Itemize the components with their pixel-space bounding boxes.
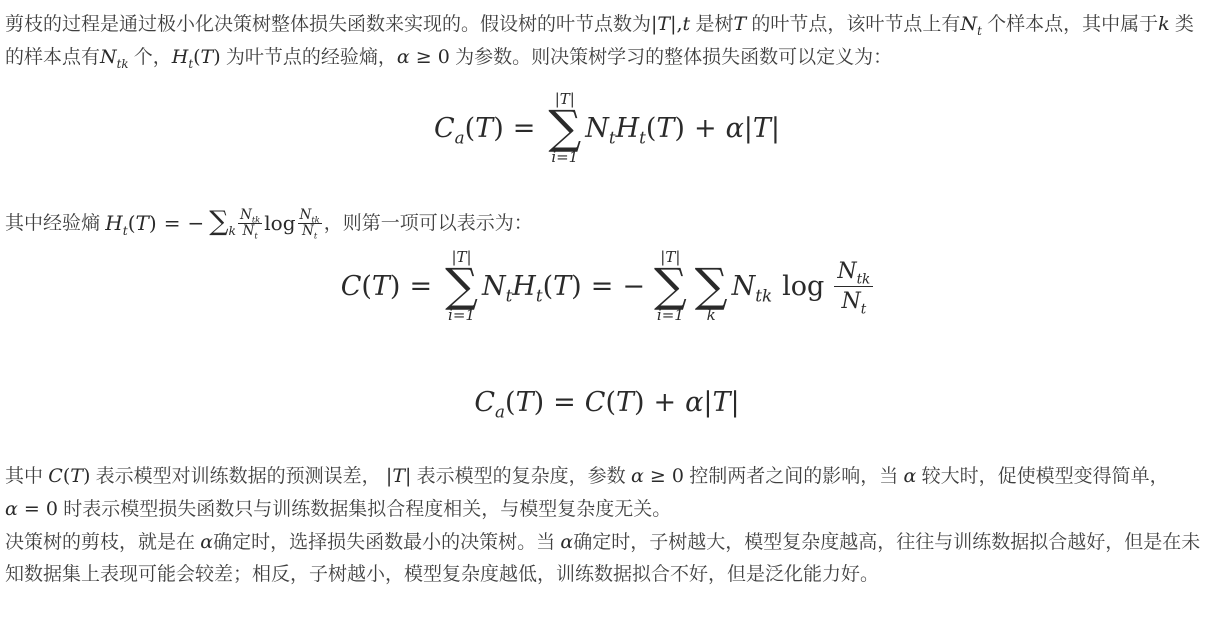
text-run: 决策树的剪枝，就是在: [5, 532, 200, 553]
math-subscript: t: [314, 231, 317, 241]
math-N-sub-t: Nt: [960, 8, 981, 41]
math-symbol: α: [631, 465, 644, 487]
math-alpha-eq-0: α = 0: [5, 493, 58, 525]
math-C-of-T: C(T): [341, 271, 401, 302]
math-subscript: t: [639, 127, 646, 147]
fraction-numerator: Ntk: [238, 208, 262, 225]
math-symbol: N: [100, 46, 117, 68]
math-symbol: H: [172, 46, 189, 68]
math-N-sub-tk: Ntk: [100, 41, 128, 74]
math-symbol: N: [841, 289, 860, 314]
math-symbol: T: [616, 387, 634, 418]
math-symbol: H: [105, 211, 122, 235]
paragraph-entropy: 其中经验熵 Ht(T)=−∑kNtkNtlogNtkNt，则第一项可以表示为：: [5, 207, 1209, 240]
summation-lower-limit: i=1: [448, 308, 475, 323]
summation-over-k: ∑k: [209, 207, 236, 240]
math-subscript: tk: [857, 271, 871, 287]
text-run: 较大时，促使模型变得简单，: [916, 466, 1168, 487]
summation-over-k: |T|∑k: [695, 250, 728, 323]
math-symbol: α: [397, 46, 410, 68]
math-symbol: N: [240, 207, 252, 223]
summation-symbol: ∑: [209, 206, 228, 237]
text-run: 剪枝的过程是通过极小化决策树整体损失函数来实现的。假设树的叶节点数为: [5, 14, 651, 35]
math-symbol: (: [128, 211, 136, 235]
math-subscript: t: [254, 231, 257, 241]
fraction-denominator: Nt: [841, 287, 866, 316]
fraction: NtkNt: [834, 258, 873, 316]
math-subscript: tk: [117, 57, 129, 71]
summation-symbol: ∑: [695, 267, 728, 305]
math-abs-T: |T|: [386, 465, 411, 487]
summation-lower-limit: k: [229, 223, 237, 238]
text-run: 其中经验熵: [5, 213, 105, 234]
log-operator: log: [782, 271, 824, 302]
math-var-alpha: α: [560, 531, 573, 553]
math-var-T: T: [733, 13, 746, 35]
math-symbol: T: [201, 46, 214, 68]
math-symbol: T: [516, 387, 534, 418]
math-symbol: T: [475, 113, 493, 144]
equals-sign: =: [513, 113, 536, 144]
minus-sign: −: [622, 271, 645, 302]
equals-sign: =: [553, 387, 576, 418]
text-run: ，则第一项可以表示为：: [324, 213, 533, 234]
fraction: NtkNt: [238, 208, 262, 240]
math-symbol: α: [5, 498, 18, 520]
math-symbol: ): [571, 271, 582, 302]
math-subscript: t: [861, 301, 866, 317]
math-H-t-of-T: Ht(T): [105, 207, 156, 240]
math-subscript: t: [609, 127, 616, 147]
math-symbol: N: [960, 13, 977, 35]
text-run: 确定时，选择损失函数最小的决策树。当: [213, 532, 560, 553]
math-Nt-Ht-of-T: NtHt(T): [585, 113, 685, 144]
text-run: 控制两者之间的影响，当: [684, 466, 904, 487]
math-symbol: (: [646, 113, 657, 144]
math-symbol: N: [585, 113, 609, 144]
math-symbol: ): [634, 387, 645, 418]
fraction-numerator: Ntk: [298, 208, 322, 225]
math-C-of-T: C(T): [585, 387, 645, 418]
math-symbol: H: [512, 271, 536, 302]
equals-sign: =: [409, 271, 432, 302]
math-alpha-geq-0: α ≥ 0: [397, 41, 450, 74]
math-C-of-T: C(T): [48, 460, 90, 492]
summation: |T|∑i=1: [445, 250, 478, 323]
paragraph-explanation: 其中 C(T) 表示模型对训练数据的预测误差， |T| 表示模型的复杂度，参数 …: [5, 460, 1209, 526]
formula-overall-loss: Ca(T) = |T|∑i=1 NtHt(T) + α|T|: [5, 92, 1209, 165]
math-symbol: N: [482, 271, 506, 302]
text-run: 为叶节点的经验熵，: [221, 47, 397, 68]
math-symbol: N: [732, 271, 756, 302]
plus-sign: +: [654, 387, 677, 418]
equals-sign: =: [591, 271, 614, 302]
math-alpha-abs-T: α|T|: [726, 113, 780, 144]
log-operator: log: [264, 207, 295, 240]
math-var-k: k: [1158, 13, 1170, 35]
text-run: 个样本点，其中属于: [982, 14, 1158, 35]
math-symbol: C: [474, 387, 495, 418]
math-symbol: |T|: [651, 13, 676, 35]
fraction: NtkNt: [298, 208, 322, 240]
math-symbol: = 0: [24, 498, 58, 520]
math-symbol: ): [674, 113, 685, 144]
math-Nt-Ht-of-T: NtHt(T): [482, 271, 582, 302]
equals-sign: =: [164, 207, 181, 240]
math-subscript: t: [536, 285, 543, 305]
math-N-sub-tk: Ntk: [732, 271, 773, 302]
math-symbol: (: [193, 46, 200, 68]
math-symbol: ≥ 0: [650, 465, 684, 487]
math-alpha-abs-T: α|T|: [685, 387, 739, 418]
math-symbol: ): [493, 113, 504, 144]
math-symbol: N: [302, 223, 314, 239]
minus-sign: −: [187, 207, 204, 240]
math-symbol: C: [341, 271, 362, 302]
math-symbol: H: [616, 113, 640, 144]
math-symbol: ≥ 0: [416, 46, 450, 68]
math-alpha-geq-0: α ≥ 0: [631, 460, 684, 492]
math-symbol: C: [434, 113, 455, 144]
math-abs-T-comma-t: |T|,t: [651, 8, 690, 41]
summation-symbol: ∑: [445, 267, 478, 305]
text-run: 时表示模型损失函数只与训练数据集拟合程度相关，与模型复杂度无关。: [58, 499, 671, 520]
text-run: 是树: [690, 14, 733, 35]
summation-lower-limit: k: [707, 308, 716, 323]
math-symbol: (: [543, 271, 554, 302]
fraction-numerator: Ntk: [834, 258, 873, 288]
plus-sign: +: [694, 113, 717, 144]
math-symbol: T: [553, 271, 571, 302]
formula-simplified-loss: Ca(T) = C(T) + α|T|: [5, 387, 1209, 418]
math-var-alpha: α: [200, 531, 213, 553]
summation-lower-limit: i=1: [657, 308, 684, 323]
formula-first-term-expansion: C(T) = |T|∑i=1 NtHt(T) = − |T|∑i=1 |T|∑k…: [5, 250, 1209, 323]
math-symbol: C: [48, 465, 63, 487]
math-symbol: (: [605, 387, 616, 418]
text-run: 表示模型对训练数据的预测误差，: [90, 466, 386, 487]
summation-lower-limit: i=1: [551, 150, 578, 165]
paragraph-pruning: 决策树的剪枝，就是在 α确定时，选择损失函数最小的决策树。当 α确定时，子树越大…: [5, 526, 1209, 591]
math-symbol: (: [361, 271, 372, 302]
summation-symbol: ∑: [548, 109, 581, 147]
text-run: 为参数。则决策树学习的整体损失函数可以定义为：: [450, 47, 892, 68]
math-subscript: a: [495, 401, 505, 421]
summation-symbol: ∑: [654, 267, 687, 305]
inline-formula-empirical-entropy: Ht(T)=−∑kNtkNtlogNtkNt: [105, 207, 323, 240]
math-C-a-of-T: Ca(T): [434, 113, 504, 144]
paragraph-definitions: 剪枝的过程是通过极小化决策树整体损失函数来实现的。假设树的叶节点数为|T|,t …: [5, 8, 1209, 74]
math-symbol: T: [656, 113, 674, 144]
math-symbol: ): [390, 271, 401, 302]
math-symbol: T: [372, 271, 390, 302]
math-symbol: ): [149, 211, 157, 235]
text-run: 表示模型的复杂度，参数: [411, 466, 631, 487]
text-run: 的叶节点，该叶节点上有: [746, 14, 960, 35]
math-symbol: ): [213, 46, 220, 68]
math-symbol: N: [300, 207, 312, 223]
math-symbol: N: [837, 259, 856, 284]
fraction-denominator: Nt: [243, 224, 258, 240]
math-subscript: tk: [755, 285, 772, 305]
math-var-alpha: α: [903, 465, 916, 487]
text-run: 其中: [5, 466, 48, 487]
math-symbol: (: [465, 113, 476, 144]
summation: |T|∑i=1: [548, 92, 581, 165]
summation: |T|∑i=1: [654, 250, 687, 323]
math-symbol: (: [505, 387, 516, 418]
math-symbol: T: [70, 465, 83, 487]
math-symbol: ): [534, 387, 545, 418]
fraction-denominator: Nt: [302, 224, 317, 240]
document: 剪枝的过程是通过极小化决策树整体损失函数来实现的。假设树的叶节点数为|T|,t …: [5, 8, 1209, 591]
math-symbol: T: [136, 211, 149, 235]
math-subscript: a: [455, 127, 465, 147]
math-H-t-of-T: Ht(T): [172, 41, 221, 74]
text-run: 个，: [129, 47, 172, 68]
math-symbol: C: [585, 387, 606, 418]
math-symbol: N: [243, 223, 255, 239]
math-C-a-of-T: Ca(T): [474, 387, 544, 418]
